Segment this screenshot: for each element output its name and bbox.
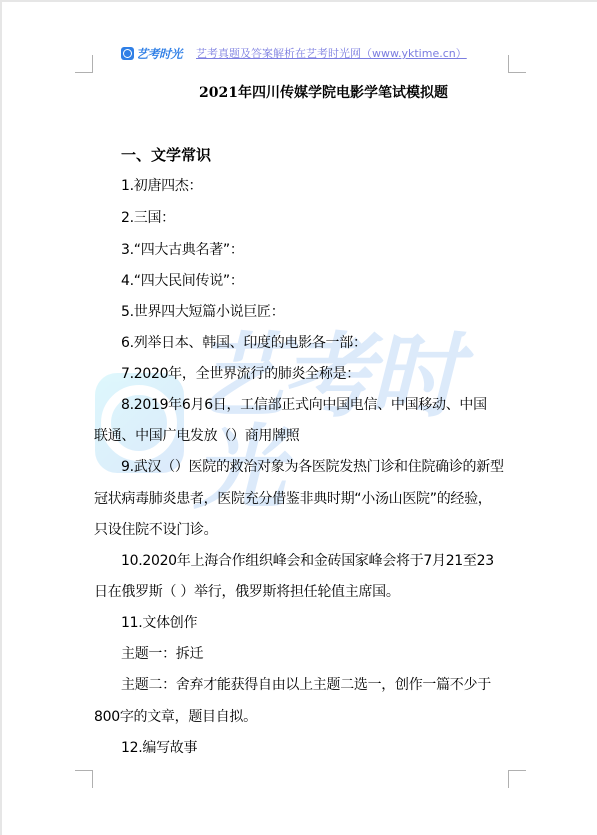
document-line: 9.武汉（）医院的救治对象为各医院发热门诊和住院确诊的新型 [121, 456, 504, 476]
document-line: 主题二：舍弃才能获得自由以上主题二选一，创作一篇不少于 [121, 674, 491, 694]
document-line: 4.“四大民间传说”： [121, 270, 244, 290]
document-line: 3.“四大古典名著”： [121, 239, 244, 259]
logo-icon [121, 47, 134, 60]
margin-corner-bottom-left [75, 770, 93, 788]
document-line: 1.初唐四杰： [121, 175, 202, 195]
document-line: 10.2020年上海合作组织峰会和金砖国家峰会将于7月21至23 [121, 550, 494, 570]
document-line: 冠状病毒肺炎患者，医院充分借鉴非典时期“小汤山医院”的经验， [94, 488, 492, 508]
document-line: 日在俄罗斯（ ）举行，俄罗斯将担任轮值主席国。 [94, 581, 400, 601]
document-line: 11.文体创作 [121, 612, 197, 632]
logo-text: 艺考时光 [136, 45, 182, 62]
margin-corner-top-left [75, 55, 93, 73]
document-line: 12.编写故事 [121, 737, 197, 757]
document-line: 8.2019年6月6日，工信部正式向中国电信、中国移动、中国 [121, 394, 487, 414]
document-title: 2021年四川传媒学院电影学笔试模拟题 [199, 82, 448, 102]
document-line: 2.三国： [121, 207, 175, 227]
document-line: 6.列举日本、韩国、印度的电影各一部： [121, 332, 367, 352]
document-line: 5.世界四大短篇小说巨匠： [121, 301, 284, 321]
document-line: 主题一：拆迁 [121, 643, 203, 663]
document-line: 7.2020年，全世界流行的肺炎全称是： [121, 363, 360, 383]
header-website-link[interactable]: 艺考真题及答案解析在艺考时光网（www.yktime.cn） [196, 45, 467, 61]
margin-corner-top-right [508, 55, 526, 73]
page-header: 艺考时光 艺考真题及答案解析在艺考时光网（www.yktime.cn） [121, 44, 467, 62]
document-line: 联通、中国广电发放（）商用牌照 [94, 425, 300, 445]
document-line: 800字的文章，题目自拟。 [94, 706, 257, 726]
document-page: 艺考时光 艺考真题及答案解析在艺考时光网（www.yktime.cn） 艺考时光… [2, 2, 597, 835]
section-heading: 一、文学常识 [121, 144, 211, 165]
margin-corner-bottom-right [508, 770, 526, 788]
document-line: 只设住院不设门诊。 [94, 519, 217, 539]
brand-logo: 艺考时光 [121, 45, 182, 62]
